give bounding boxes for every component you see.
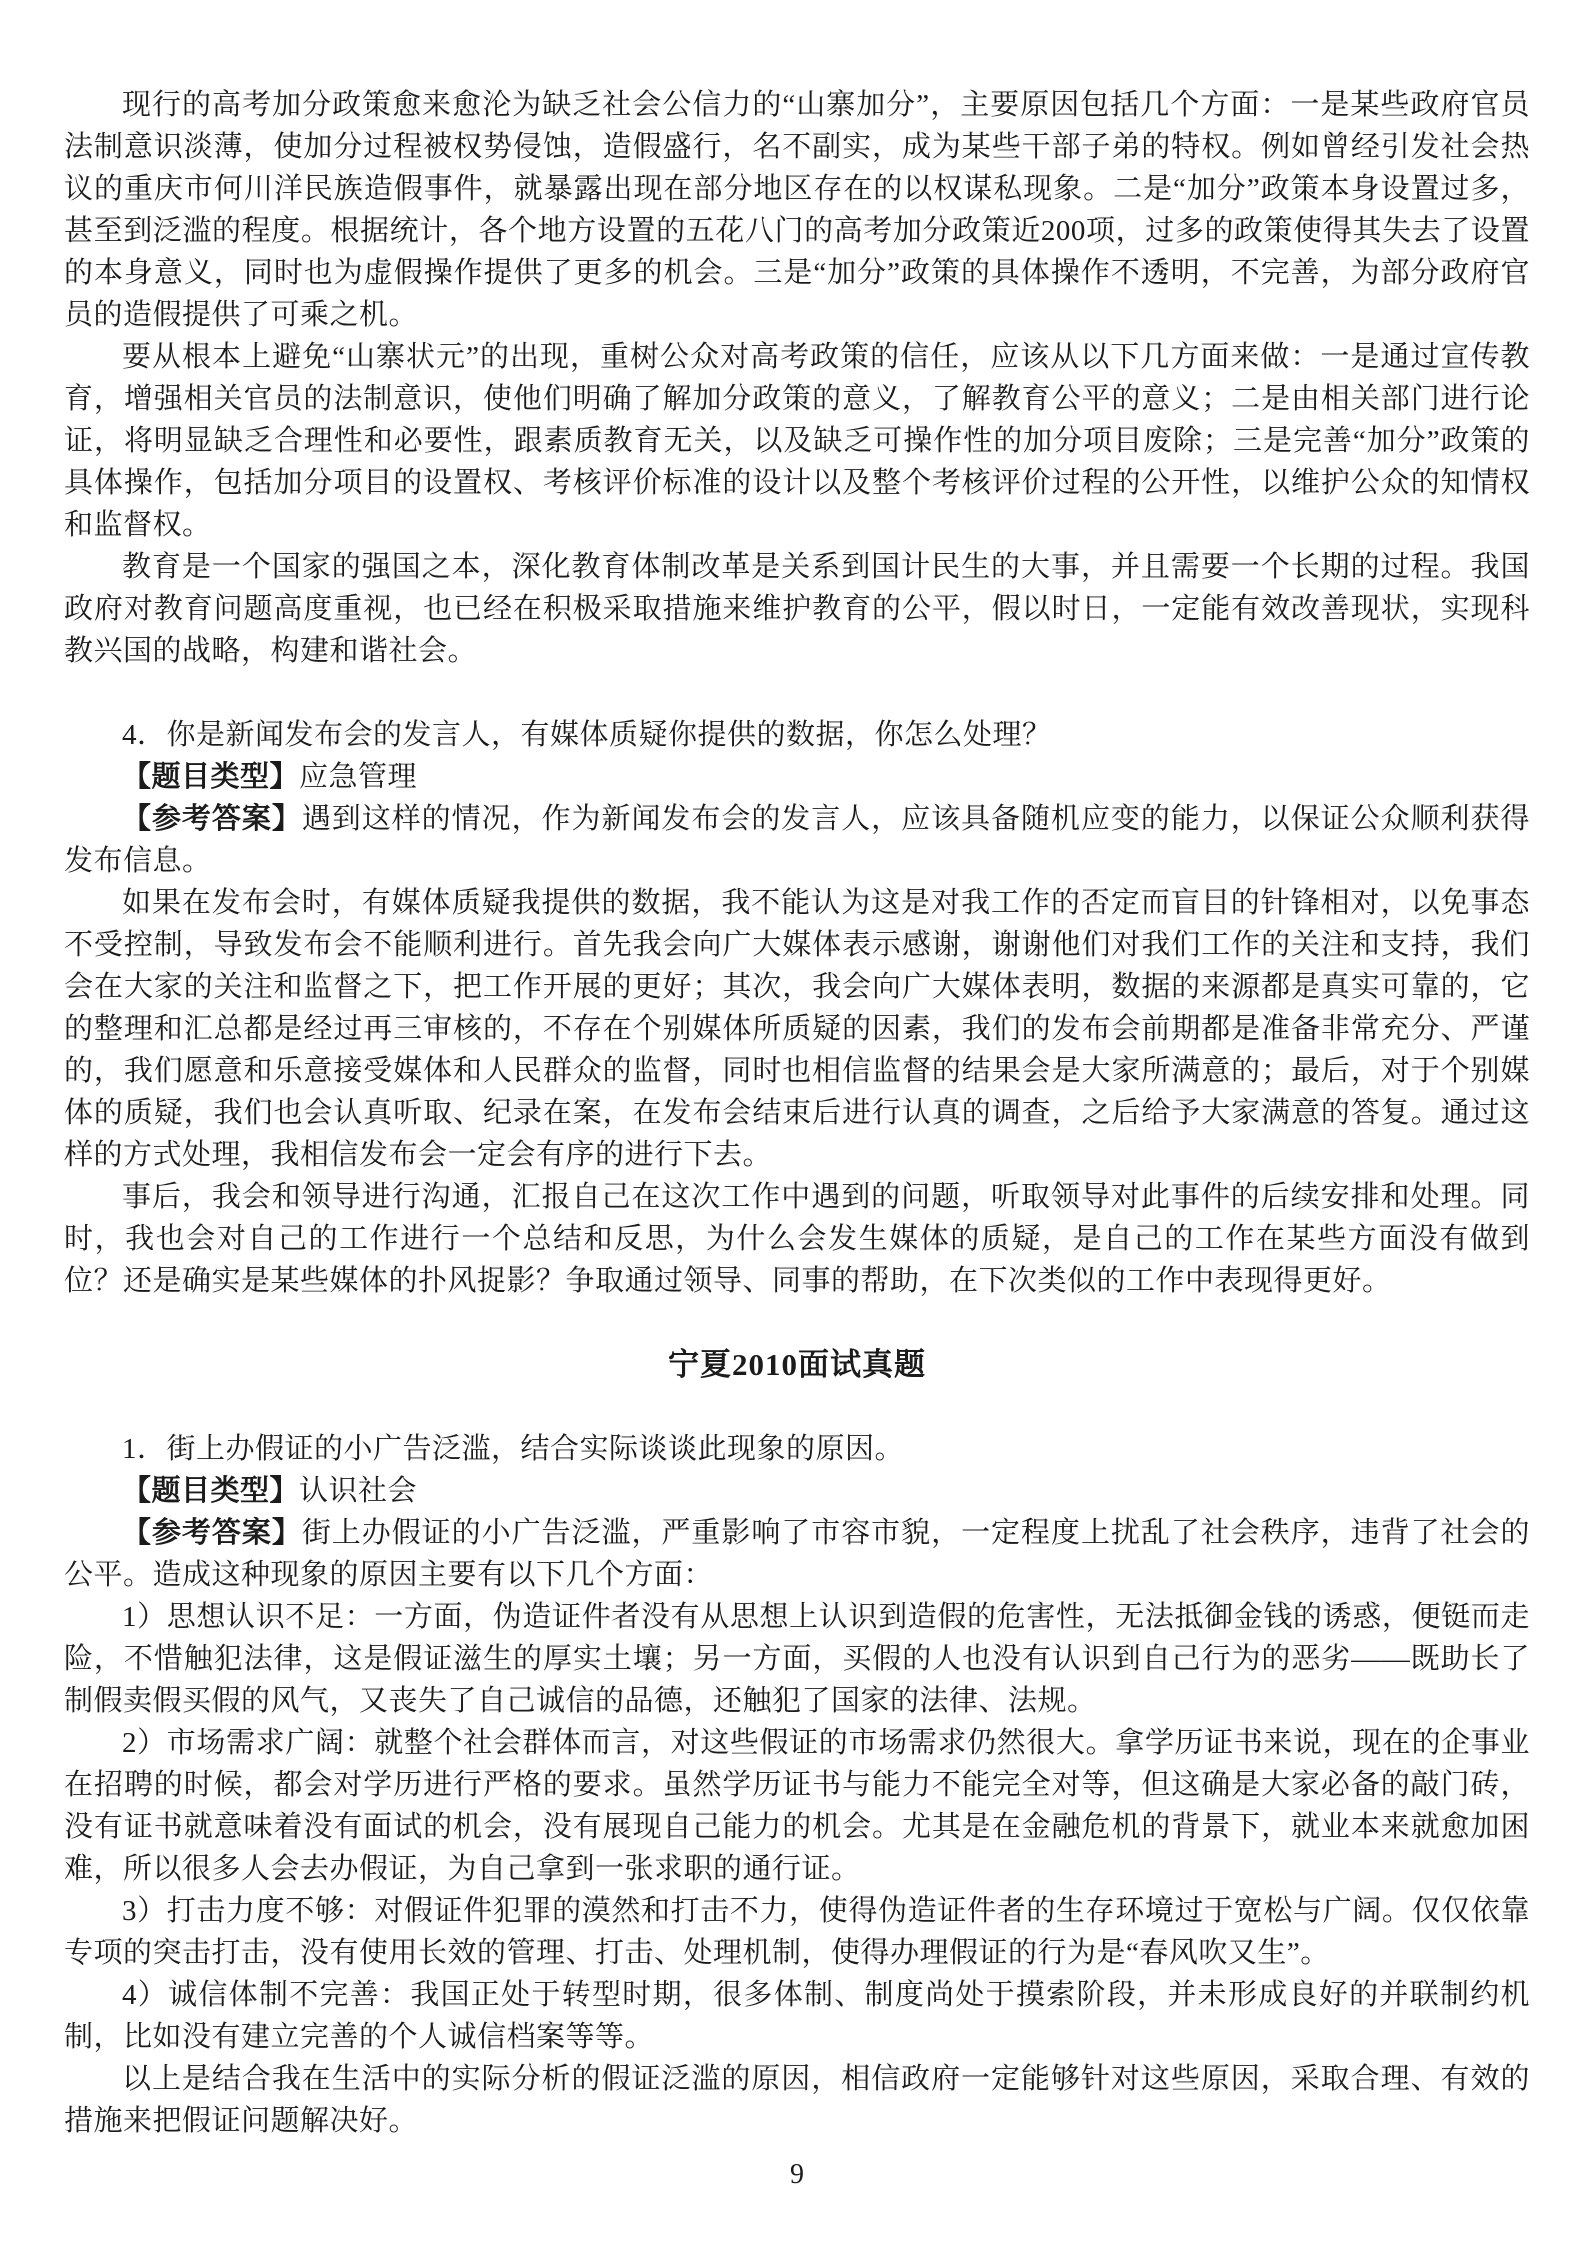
- paragraph-gaokao-bonus-reasons: 现行的高考加分政策愈来愈沦为缺乏社会公信力的“山寨加分”，主要原因包括几个方面：…: [64, 84, 1530, 336]
- question-1-answer-intro: 【参考答案】街上办假证的小广告泛滥，严重影响了市容市貌，一定程度上扰乱了社会秩序…: [64, 1512, 1530, 1596]
- paragraph-education-conclusion: 教育是一个国家的强国之本，深化教育体制改革是关系到国计民生的大事，并且需要一个长…: [64, 546, 1530, 672]
- reference-answer-label: 【参考答案】: [122, 803, 302, 835]
- question-1-answer-point-3: 3）打击力度不够：对假证件犯罪的漠然和打击不力，使得伪造证件者的生存环境过于宽松…: [64, 1890, 1530, 1974]
- document-page: 现行的高考加分政策愈来愈沦为缺乏社会公信力的“山寨加分”，主要原因包括几个方面：…: [64, 84, 1530, 2142]
- question-type-value: 应急管理: [299, 761, 417, 793]
- question-type-value: 认识社会: [299, 1475, 417, 1507]
- question-1-type: 【题目类型】认识社会: [64, 1470, 1530, 1512]
- question-1-answer-point-2: 2）市场需求广阔：就整个社会群体而言，对这些假证的市场需求仍然很大。拿学历证书来…: [64, 1722, 1530, 1890]
- question-4-answer-body-2: 事后，我会和领导进行沟通，汇报自己在这次工作中遇到的问题，听取领导对此事件的后续…: [64, 1176, 1530, 1302]
- page-number: 9: [0, 2158, 1594, 2192]
- question-4-type: 【题目类型】应急管理: [64, 756, 1530, 798]
- question-type-label: 【题目类型】: [122, 761, 299, 793]
- question-1-answer-point-1: 1）思想认识不足：一方面，伪造证件者没有从思想上认识到造假的危害性，无法抵御金钱…: [64, 1596, 1530, 1722]
- question-type-label: 【题目类型】: [122, 1475, 299, 1507]
- question-1-text: 1．街上办假证的小广告泛滥，结合实际谈谈此现象的原因。: [64, 1428, 1530, 1470]
- question-4-answer-intro: 【参考答案】遇到这样的情况，作为新闻发布会的发言人，应该具备随机应变的能力，以保…: [64, 798, 1530, 882]
- question-4-answer-body-1: 如果在发布会时，有媒体质疑我提供的数据，我不能认为这是对我工作的否定而盲目的针锋…: [64, 882, 1530, 1176]
- question-4-text: 4．你是新闻发布会的发言人，有媒体质疑你提供的数据，你怎么处理？: [64, 714, 1530, 756]
- question-1-answer-point-4: 4）诚信体制不完善：我国正处于转型时期，很多体制、制度尚处于摸索阶段，并未形成良…: [64, 1974, 1530, 2058]
- question-1-answer-conclusion: 以上是结合我在生活中的实际分析的假证泛滥的原因，相信政府一定能够针对这些原因，采…: [64, 2058, 1530, 2142]
- reference-answer-label: 【参考答案】: [122, 1517, 302, 1549]
- section-heading-ningxia-2010: 宁夏2010面试真题: [64, 1344, 1530, 1386]
- paragraph-gaokao-bonus-solutions: 要从根本上避免“山寨状元”的出现，重树公众对高考政策的信任，应该从以下几方面来做…: [64, 336, 1530, 546]
